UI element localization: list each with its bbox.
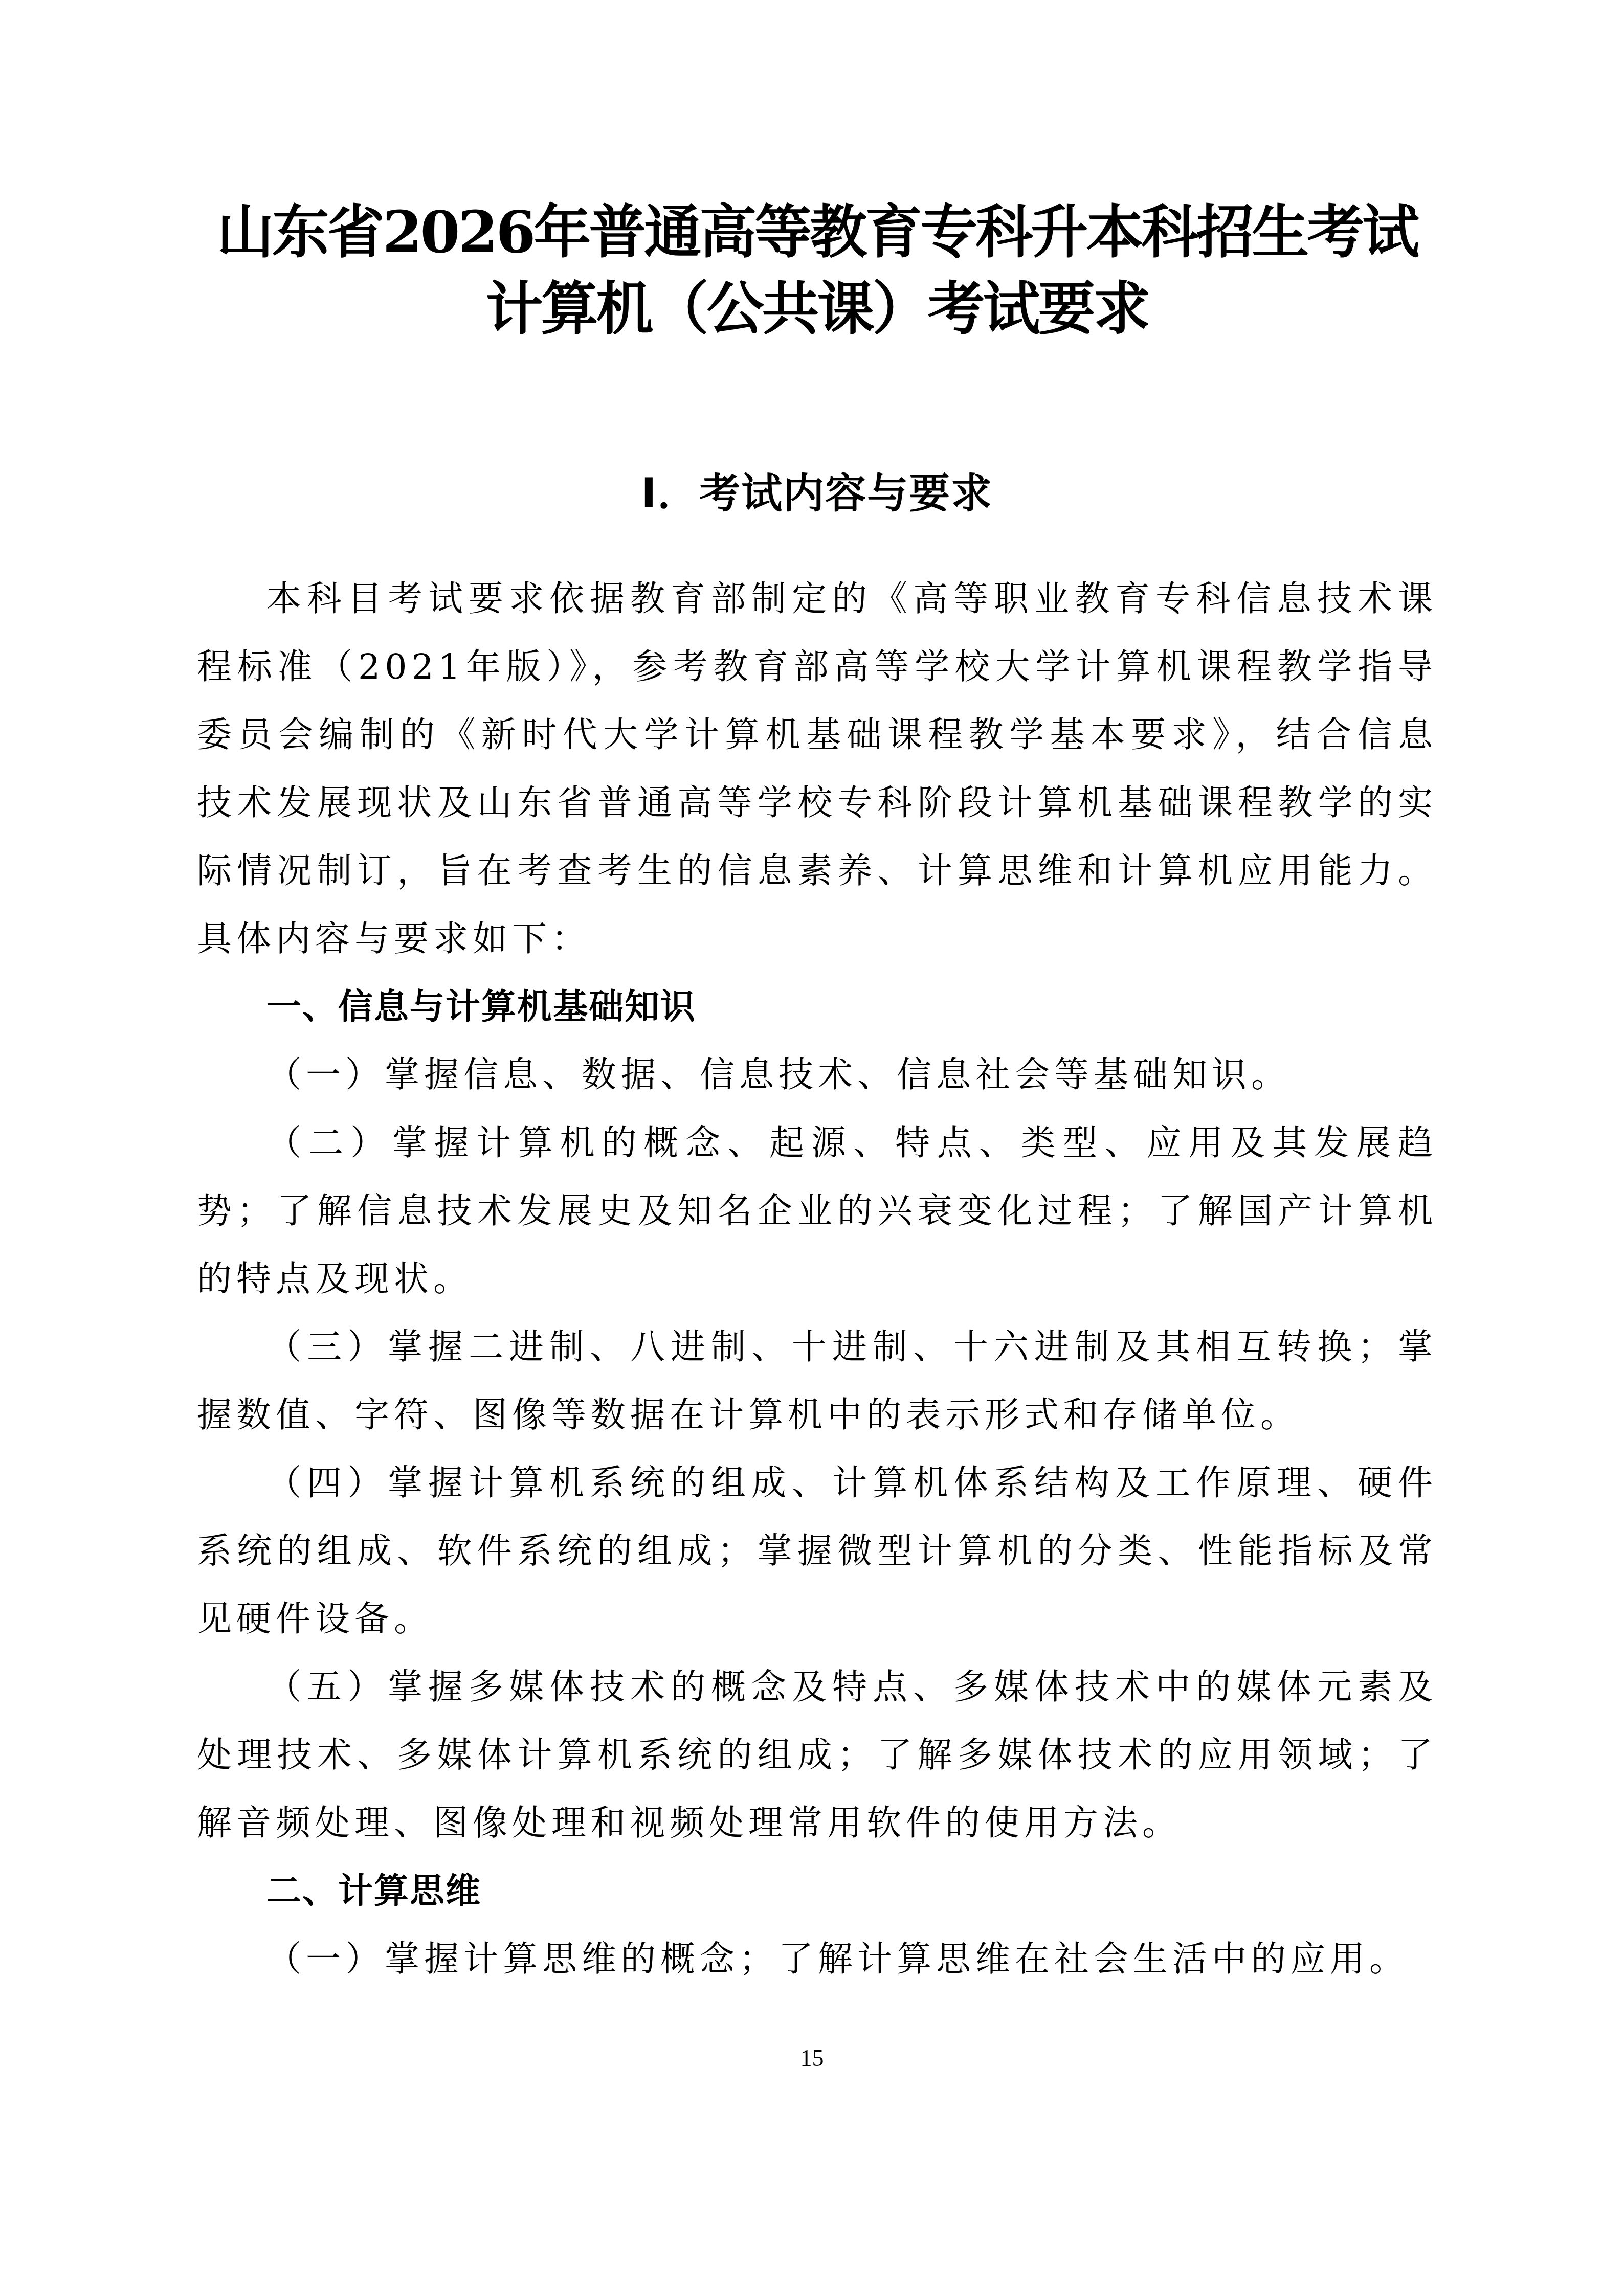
section-heading: Ⅰ．考试内容与要求	[197, 468, 1437, 519]
part-heading-information-basics: 一、信息与计算机基础知识	[197, 973, 1437, 1041]
document-page: 山东省2026年普通高等教育专科升本科招生考试 计算机（公共课）考试要求 Ⅰ．考…	[0, 0, 1624, 2296]
requirement-item: （一）掌握信息、数据、信息技术、信息社会等基础知识。	[197, 1041, 1437, 1109]
part-heading-computational-thinking: 二、计算思维	[197, 1857, 1437, 1925]
requirement-item: （四）掌握计算机系统的组成、计算机体系结构及工作原理、硬件系统的组成、软件系统的…	[197, 1449, 1437, 1653]
requirement-item: （二）掌握计算机的概念、起源、特点、类型、应用及其发展趋势；了解信息技术发展史及…	[197, 1109, 1437, 1313]
intro-paragraph: 本科目考试要求依据教育部制定的《高等职业教育专科信息技术课程标准（2021年版）…	[197, 565, 1437, 973]
document-body: 本科目考试要求依据教育部制定的《高等职业教育专科信息技术课程标准（2021年版）…	[197, 565, 1437, 1993]
page-number: 15	[0, 2043, 1624, 2074]
requirement-item: （一）掌握计算思维的概念；了解计算思维在社会生活中的应用。	[197, 1925, 1437, 1993]
requirement-item: （五）掌握多媒体技术的概念及特点、多媒体技术中的媒体元素及处理技术、多媒体计算机…	[197, 1653, 1437, 1857]
document-title-line-2: 计算机（公共课）考试要求	[197, 274, 1437, 345]
document-title-line-1: 山东省2026年普通高等教育专科升本科招生考试	[197, 197, 1437, 268]
requirement-item: （三）掌握二进制、八进制、十进制、十六进制及其相互转换；掌握数值、字符、图像等数…	[197, 1313, 1437, 1449]
